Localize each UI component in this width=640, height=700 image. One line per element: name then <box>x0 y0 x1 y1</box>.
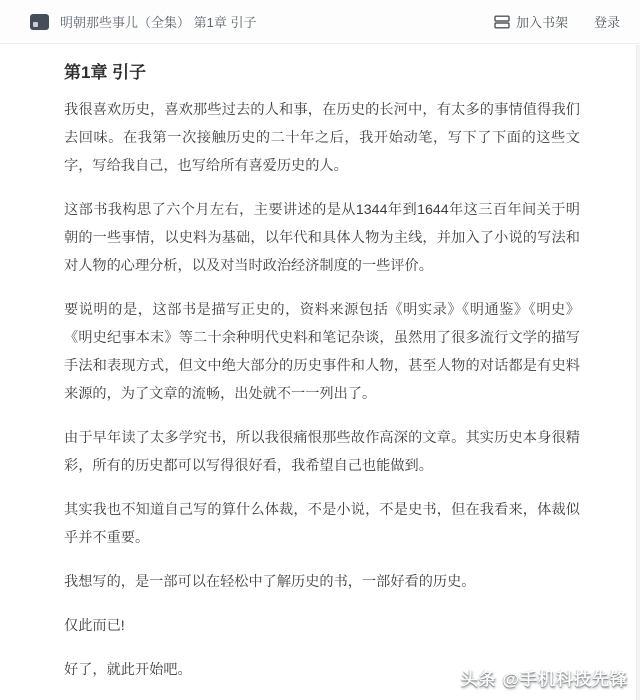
book-logo-icon <box>30 14 49 30</box>
paragraph: 这部书我构思了六个月左右，主要讲述的是从1344年到1644年这三百年间关于明朝… <box>64 196 580 280</box>
scrollbar[interactable] <box>636 45 640 700</box>
paragraph: 好了，就此开始吧。 <box>64 656 580 684</box>
chapter-title: 第1章 引子 <box>64 60 580 86</box>
paragraph: 由于早年读了太多学究书，所以我很痛恨那些故作高深的文章。其实历史本身很精彩，所有… <box>64 424 580 480</box>
paragraph: 其实我也不知道自己写的算什么体裁，不是小说，不是史书，但在我看来，体裁似乎并不重… <box>64 496 580 552</box>
paragraph: 我很喜欢历史，喜欢那些过去的人和事，在历史的长河中，有太多的事情值得我们去回味。… <box>64 96 580 180</box>
header-bar: 明朝那些事儿（全集） 第1章 引子 加入书架 登录 <box>0 0 640 44</box>
header-actions: 加入书架 登录 <box>494 12 620 31</box>
paragraph: 我想写的，是一部可以在轻松中了解历史的书，一部好看的历史。 <box>64 568 580 596</box>
add-to-bookshelf-button[interactable]: 加入书架 <box>494 12 568 31</box>
bookshelf-icon <box>494 15 510 29</box>
add-to-bookshelf-label: 加入书架 <box>516 12 568 31</box>
reader-content: 第1章 引子 我很喜欢历史，喜欢那些过去的人和事，在历史的长河中，有太多的事情值… <box>0 44 640 684</box>
book-breadcrumb-title: 明朝那些事儿（全集） 第1章 引子 <box>60 12 494 31</box>
paragraph: 要说明的是，这部书是描写正史的，资料来源包括《明实录》《明通鉴》《明史》《明史纪… <box>64 296 580 408</box>
paragraph: 仅此而已! <box>64 612 580 640</box>
login-button[interactable]: 登录 <box>594 12 620 31</box>
chapter-paragraphs: 我很喜欢历史，喜欢那些过去的人和事，在历史的长河中，有太多的事情值得我们去回味。… <box>64 96 580 684</box>
